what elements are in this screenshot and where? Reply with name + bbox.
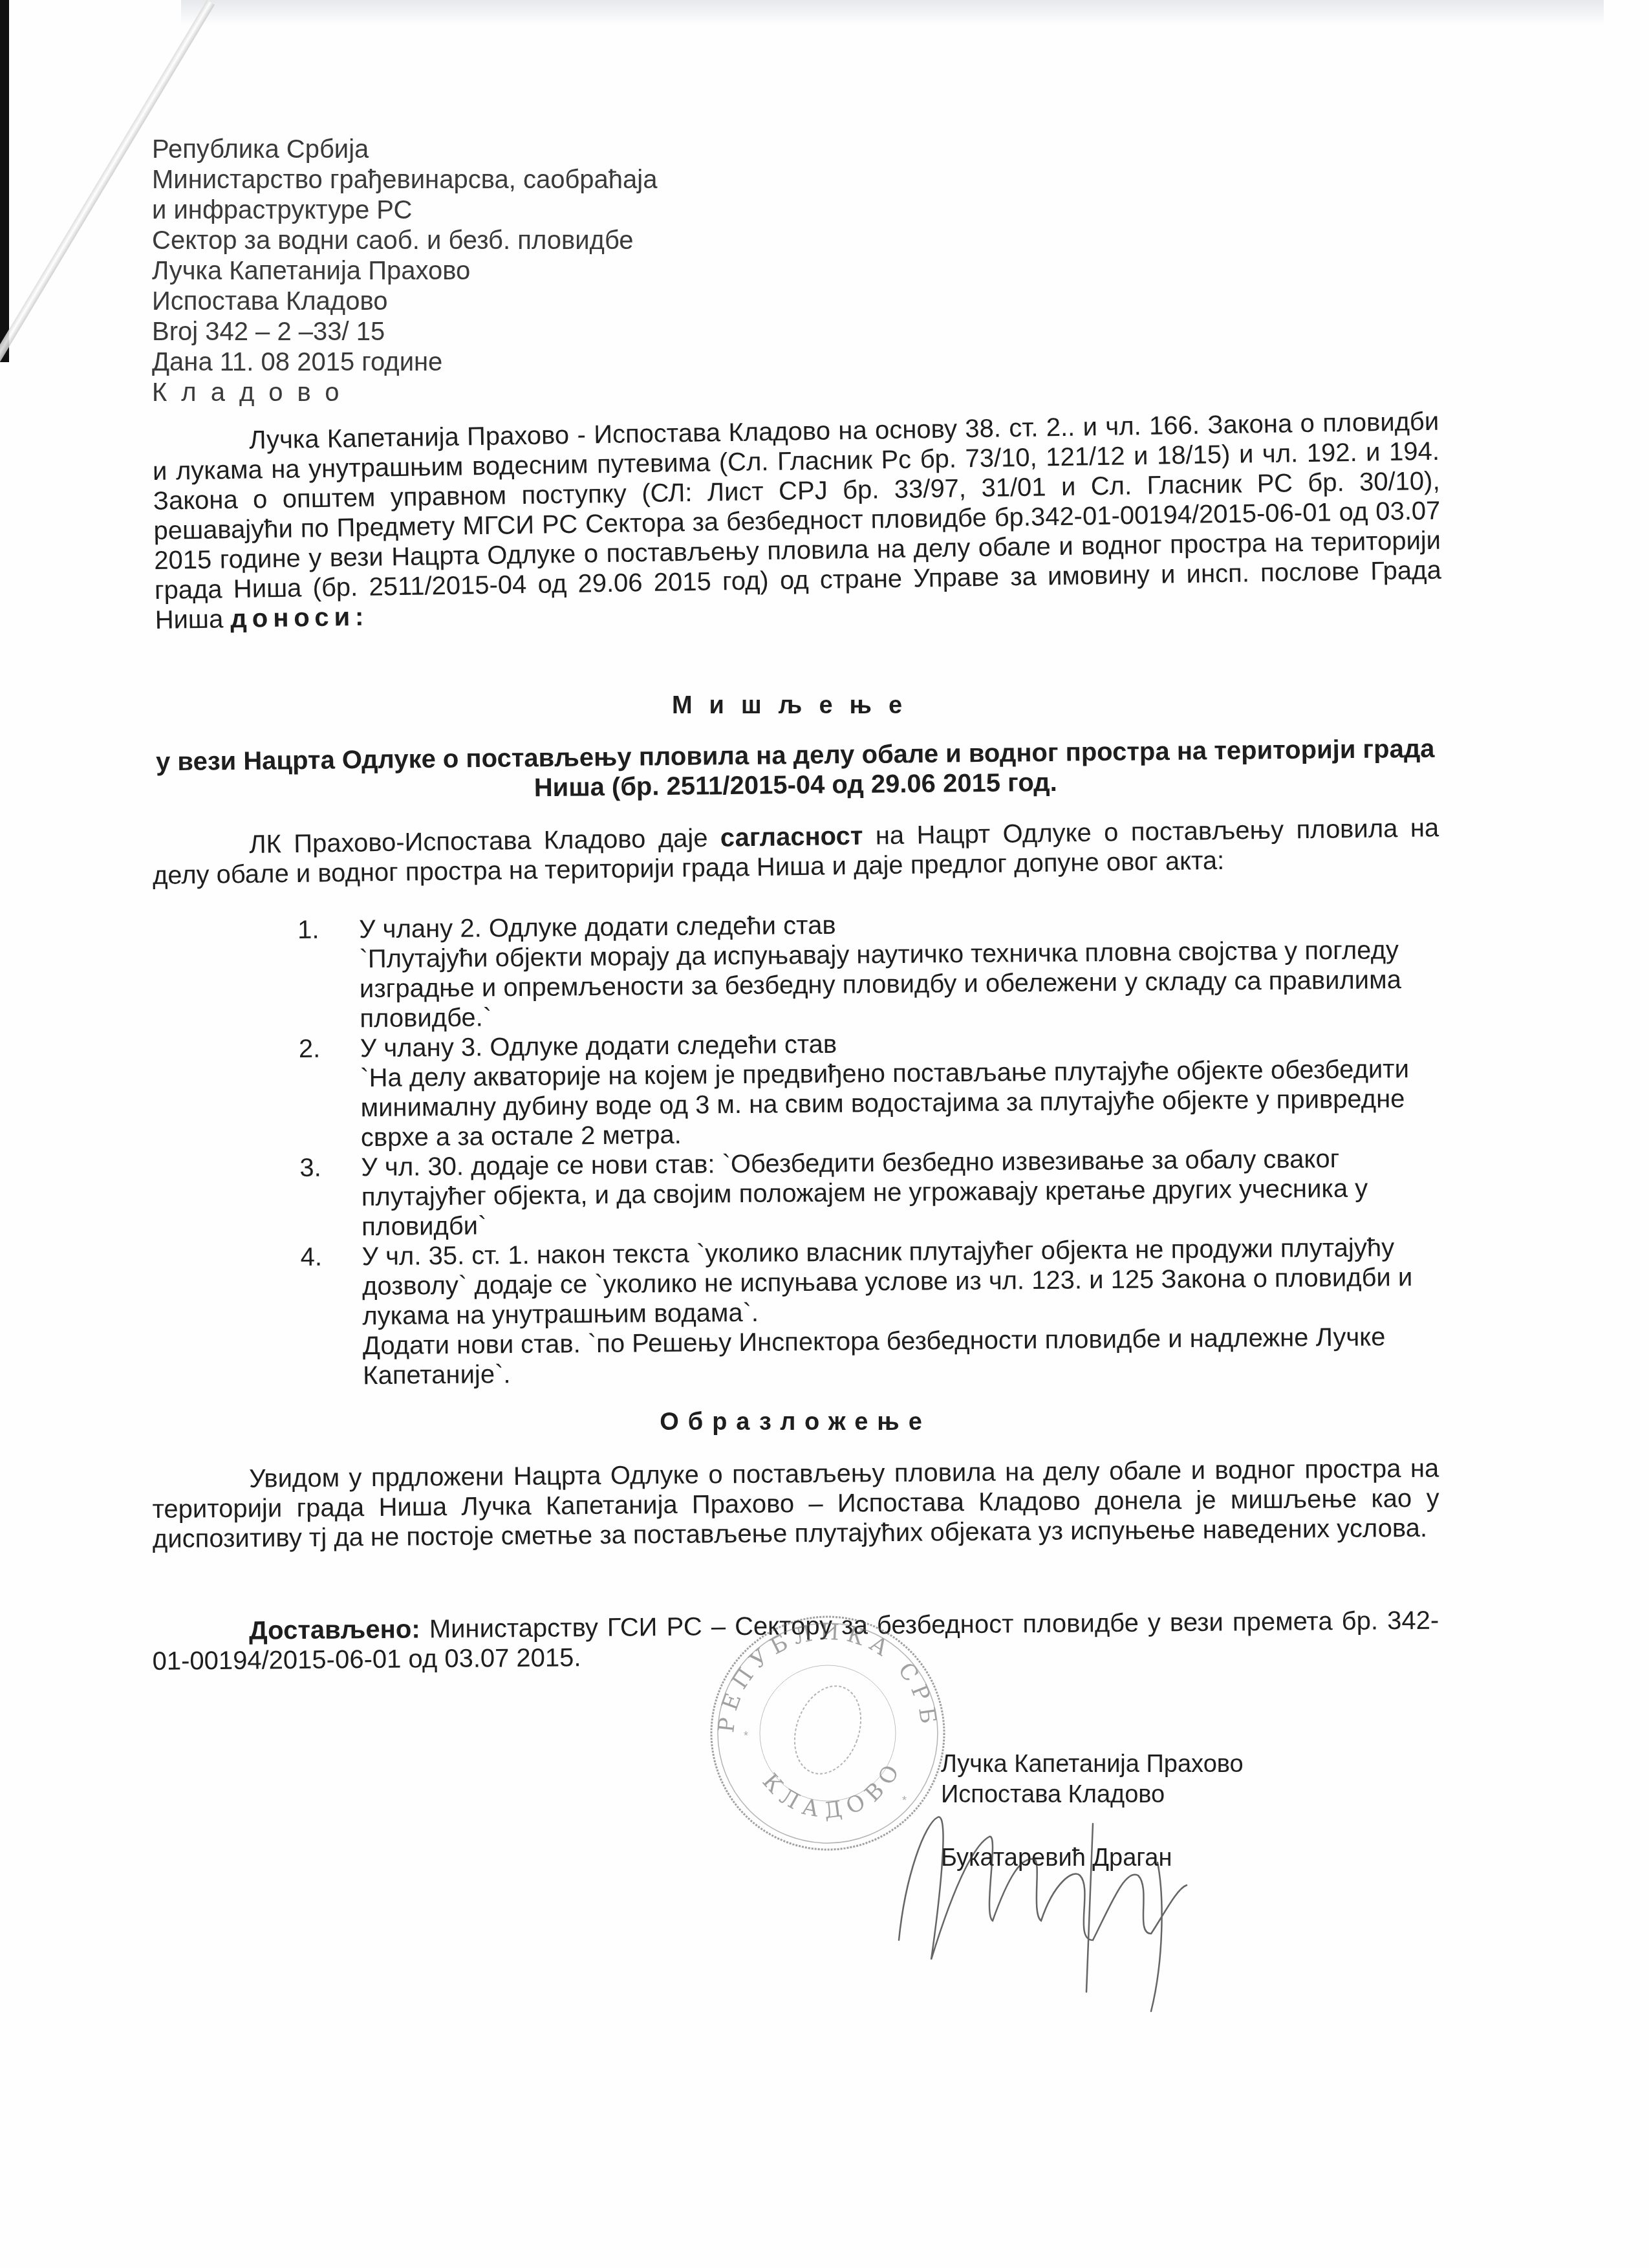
intro-text: Лучка Капетанија Прахово - Испостава Кла… — [153, 407, 1441, 634]
consent-paragraph: ЛК Прахово-Испостава Кладово даје саглас… — [152, 813, 1439, 891]
opinion-title: Мишљење — [152, 692, 1439, 720]
intro-verb: доноси: — [230, 603, 369, 633]
svg-text:РЕПУБЛИКА СРБИЈА: РЕПУБЛИКА СРБИЈА — [705, 1610, 942, 1734]
intro-paragraph: Лучка Капетанија Прахово - Испостава Кла… — [152, 407, 1442, 635]
list-item: 1. У члану 2. Одлуке додати следећи став… — [297, 905, 1450, 1034]
handwritten-signature — [879, 1746, 1332, 2018]
list-item: 3. У чл. 30. додаје се нови став: `Обезб… — [299, 1143, 1451, 1242]
list-item-number: 4. — [300, 1242, 322, 1272]
header-ref-number: Broj 342 – 2 –33/ 15 — [152, 317, 657, 347]
reasoning-paragraph: Увидом у прдложени Нацрта Одлуке о поста… — [152, 1454, 1439, 1554]
list-item-text: У чл. 35. ст. 1. након текста `уколико в… — [361, 1233, 1412, 1330]
list-item: 4. У чл. 35. ст. 1. након текста `уколик… — [300, 1232, 1452, 1391]
stamp-top-text: РЕПУБЛИКА СРБИЈА — [705, 1610, 942, 1734]
list-item-quote: Додати нови став. `по Решењу Инспектора … — [363, 1321, 1453, 1390]
header-date: Дана 11. 08 2015 године — [152, 347, 657, 378]
list-item-number: 2. — [299, 1034, 321, 1064]
document-header: Република Србија Министарство грађевинар… — [152, 135, 657, 408]
header-country: Република Србија — [152, 135, 657, 165]
list-item-text: У члану 2. Одлуке додати следећи став — [359, 911, 836, 944]
delivered-label: Достављено: — [249, 1615, 420, 1645]
header-ministry-cont: и инфраструктуре РС — [152, 195, 657, 226]
svg-text:*: * — [744, 1729, 748, 1742]
list-item: 2. У члану 3. Одлуке додати следећи став… — [299, 1024, 1451, 1153]
header-city: Кладово — [152, 378, 657, 408]
list-item-quote: `На делу акваторије на којем је предвиђе… — [360, 1053, 1450, 1152]
list-item-quote: `Плутајући објекти морају да испуњавају … — [359, 934, 1449, 1033]
header-ministry: Министарство грађевинарсва, саобраћаја — [152, 165, 657, 195]
scan-top-shadow — [181, 0, 1604, 26]
list-item-number: 1. — [297, 915, 319, 945]
consent-keyword: сагласност — [720, 822, 863, 852]
list-item-number: 3. — [299, 1153, 321, 1183]
header-branch: Испостава Кладово — [152, 286, 657, 317]
list-item-text: У чл. 30. додаје се нови став: `Обезбеди… — [361, 1145, 1368, 1241]
coat-of-arms-icon — [783, 1677, 872, 1783]
scan-edge-strip — [0, 0, 9, 362]
header-sector: Сектор за водни саоб. и безб. пловидбе — [152, 226, 657, 256]
opinion-subtitle: у вези Нацрта Одлуке о постављењу пловил… — [152, 734, 1439, 807]
consent-pre: ЛК Прахово-Испостава Кладово даје — [249, 824, 708, 859]
list-item-text: У члану 3. Одлуке додати следећи став — [360, 1030, 837, 1063]
header-office: Лучка Капетанија Прахово — [152, 256, 657, 286]
amendment-list: 1. У члану 2. Одлуке додати следећи став… — [297, 905, 1452, 1391]
reasoning-title: Образложење — [152, 1409, 1439, 1436]
